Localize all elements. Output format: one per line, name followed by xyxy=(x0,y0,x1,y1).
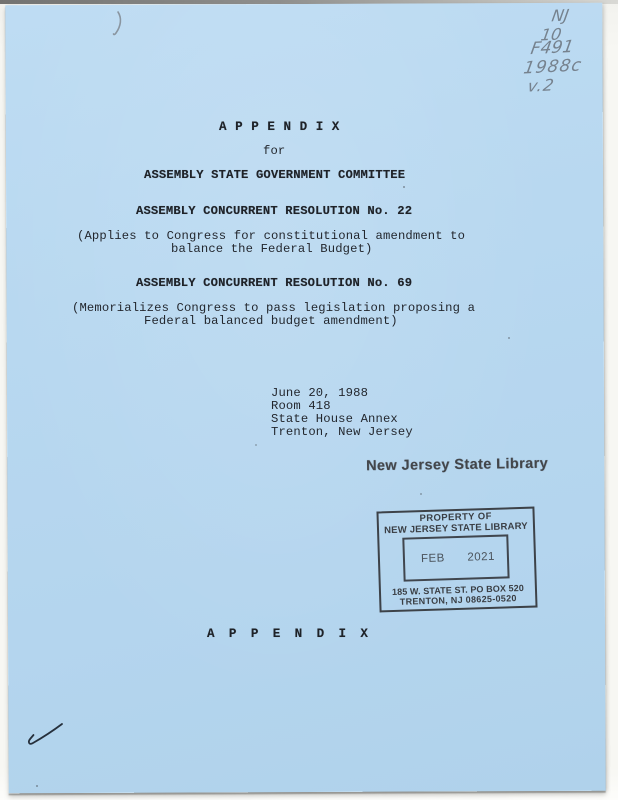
pencil-mark xyxy=(105,10,129,40)
pen-mark xyxy=(24,718,69,752)
call-number-line: NJ xyxy=(550,6,570,26)
appendix-title-top: A P P E N D I X xyxy=(219,121,340,134)
scanned-page: NJ 10 F491 1988c v.2 A P P E N D I X for… xyxy=(0,0,618,800)
resolution-69-title: ASSEMBLY CONCURRENT RESOLUTION No. 69 xyxy=(136,277,412,290)
scan-speck xyxy=(420,493,422,495)
resolution-22-desc-line2: balance the Federal Budget) xyxy=(171,243,373,256)
call-number-line: v.2 xyxy=(526,75,556,95)
resolution-22-title: ASSEMBLY CONCURRENT RESOLUTION No. 22 xyxy=(136,205,412,218)
appendix-title-bottom: A P P E N D I X xyxy=(207,628,371,641)
property-stamp-year: 2021 xyxy=(467,551,495,564)
event-city: Trenton, New Jersey xyxy=(271,426,413,439)
property-stamp: PROPERTY OF NEW JERSEY STATE LIBRARY FEB… xyxy=(376,507,537,613)
scan-speck xyxy=(403,186,405,188)
for-label: for xyxy=(263,145,285,158)
scan-speck xyxy=(508,337,510,339)
scan-speck xyxy=(36,785,38,787)
committee-title: ASSEMBLY STATE GOVERNMENT COMMITTEE xyxy=(144,169,405,182)
scan-speck xyxy=(255,444,257,446)
resolution-69-desc-line2: Federal balanced budget amendment) xyxy=(144,315,398,328)
property-stamp-month: FEB xyxy=(421,552,445,565)
property-stamp-datebox: FEB 2021 xyxy=(402,534,509,581)
library-name-stamp: New Jersey State Library xyxy=(366,456,548,475)
